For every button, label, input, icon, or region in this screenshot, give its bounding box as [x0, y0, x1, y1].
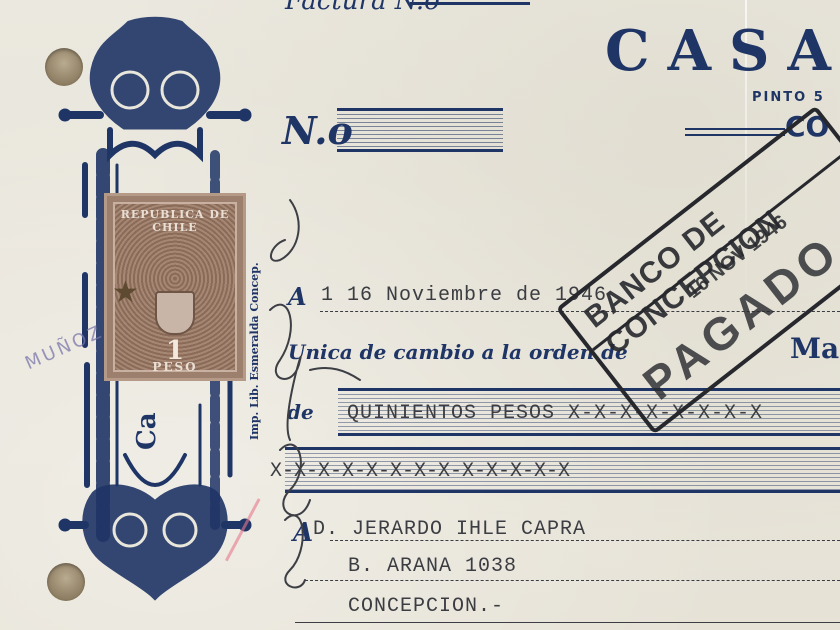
- issuer-address: PINTO 5: [752, 90, 825, 105]
- drawee-address: B. ARANA 1038: [348, 555, 517, 578]
- handwritten-signature: [250, 190, 370, 610]
- star-punch-icon: ★: [112, 278, 139, 308]
- invoice-number-line: [410, 2, 530, 5]
- stamp-country: REPUBLICA DE CHILE: [107, 208, 243, 234]
- header-double-rule: [685, 128, 785, 136]
- drawee-address-line: [305, 580, 840, 581]
- payee-partial: Ma: [790, 332, 839, 365]
- border-vertical-text: Ca: [132, 412, 162, 450]
- stamp-unit: PESO: [107, 360, 243, 374]
- drawee-city: CONCEPCION.-: [348, 595, 504, 618]
- drawee-city-line: [295, 622, 840, 623]
- amount-words: QUINIENTOS PESOS X-X-X-X-X-X-X-X: [347, 402, 763, 425]
- coat-of-arms-icon: [155, 291, 195, 335]
- issuer-name: CASA: [605, 18, 840, 84]
- drawee-name-line: [330, 540, 840, 541]
- number-field: [337, 108, 503, 152]
